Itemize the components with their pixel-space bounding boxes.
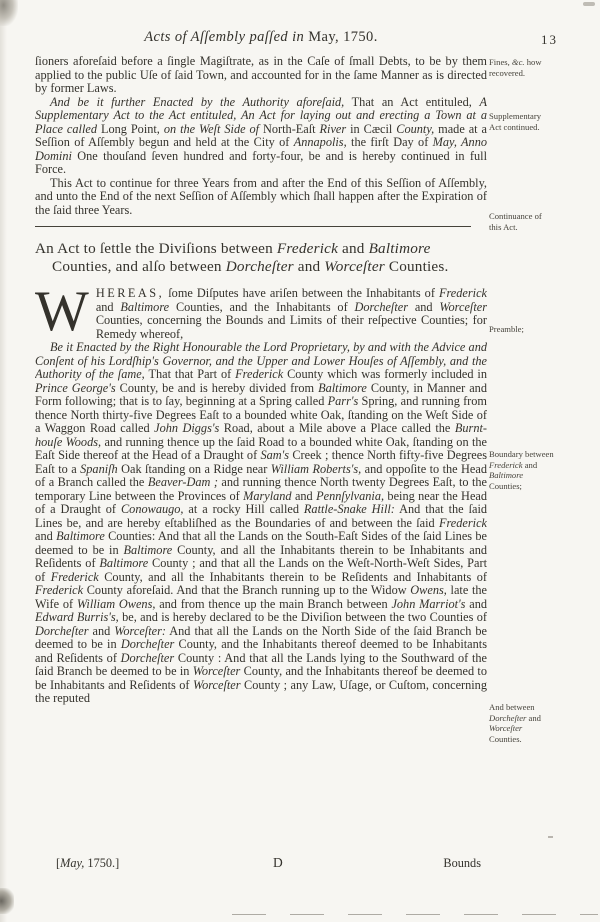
page-number: 13 bbox=[541, 32, 558, 48]
scan-smudge-top-left bbox=[0, 0, 18, 26]
page-footer: [May, 1750.] D Bounds bbox=[35, 855, 487, 871]
scan-smudge-bottom-left bbox=[0, 888, 14, 914]
act-heading: An Act to ſettle the Diviſions between F… bbox=[35, 240, 487, 276]
scan-gutter-left bbox=[0, 0, 7, 922]
paragraph-fines: ſioners aforeſaid before a ſingle Magiſt… bbox=[35, 55, 487, 96]
paragraph-whereas: WHEREAS, ſome Diſputes have ariſen betwe… bbox=[35, 287, 487, 341]
margin-note-preamble: Preamble; bbox=[489, 324, 555, 335]
document-page: Acts of Aſſembly paſſed in May, 1750. 13… bbox=[0, 0, 600, 922]
margin-note-continuance: Continuance of this Act. bbox=[489, 211, 555, 232]
scan-dot-bottom-right bbox=[548, 836, 553, 838]
margin-note-dorchester-worcester: And between Dorcheſter and Worceſter Cou… bbox=[489, 702, 555, 744]
margin-note-fines: Fines, &c. how recovered. bbox=[489, 57, 555, 78]
dropcap-initial-w: W bbox=[35, 287, 96, 334]
signature-mark: D bbox=[273, 855, 284, 871]
scan-line-bottom bbox=[232, 914, 598, 915]
scan-mark-top-right bbox=[583, 2, 595, 6]
footer-date: [May, 1750.] bbox=[35, 856, 273, 871]
paragraph-continuance: This Act to continue for three Years fro… bbox=[35, 177, 487, 218]
running-head: Acts of Aſſembly paſſed in May, 1750. bbox=[35, 29, 487, 46]
catchword: Bounds bbox=[284, 856, 487, 871]
paragraph-enacting-clause: Be it Enacted by the Right Honourable th… bbox=[35, 341, 487, 706]
main-text-column: ſioners aforeſaid before a ſingle Magiſt… bbox=[35, 55, 487, 853]
margin-note-supplementary: Supplementary Act continued. bbox=[489, 111, 555, 132]
whereas-text: HEREAS, ſome Diſputes have ariſen betwee… bbox=[96, 286, 487, 341]
paragraph-supplementary-act: And be it further Enacted by the Authori… bbox=[35, 96, 487, 177]
margin-note-boundary: Boundary between Frederick and Baltimore… bbox=[489, 449, 555, 491]
section-divider-rule bbox=[35, 226, 471, 227]
